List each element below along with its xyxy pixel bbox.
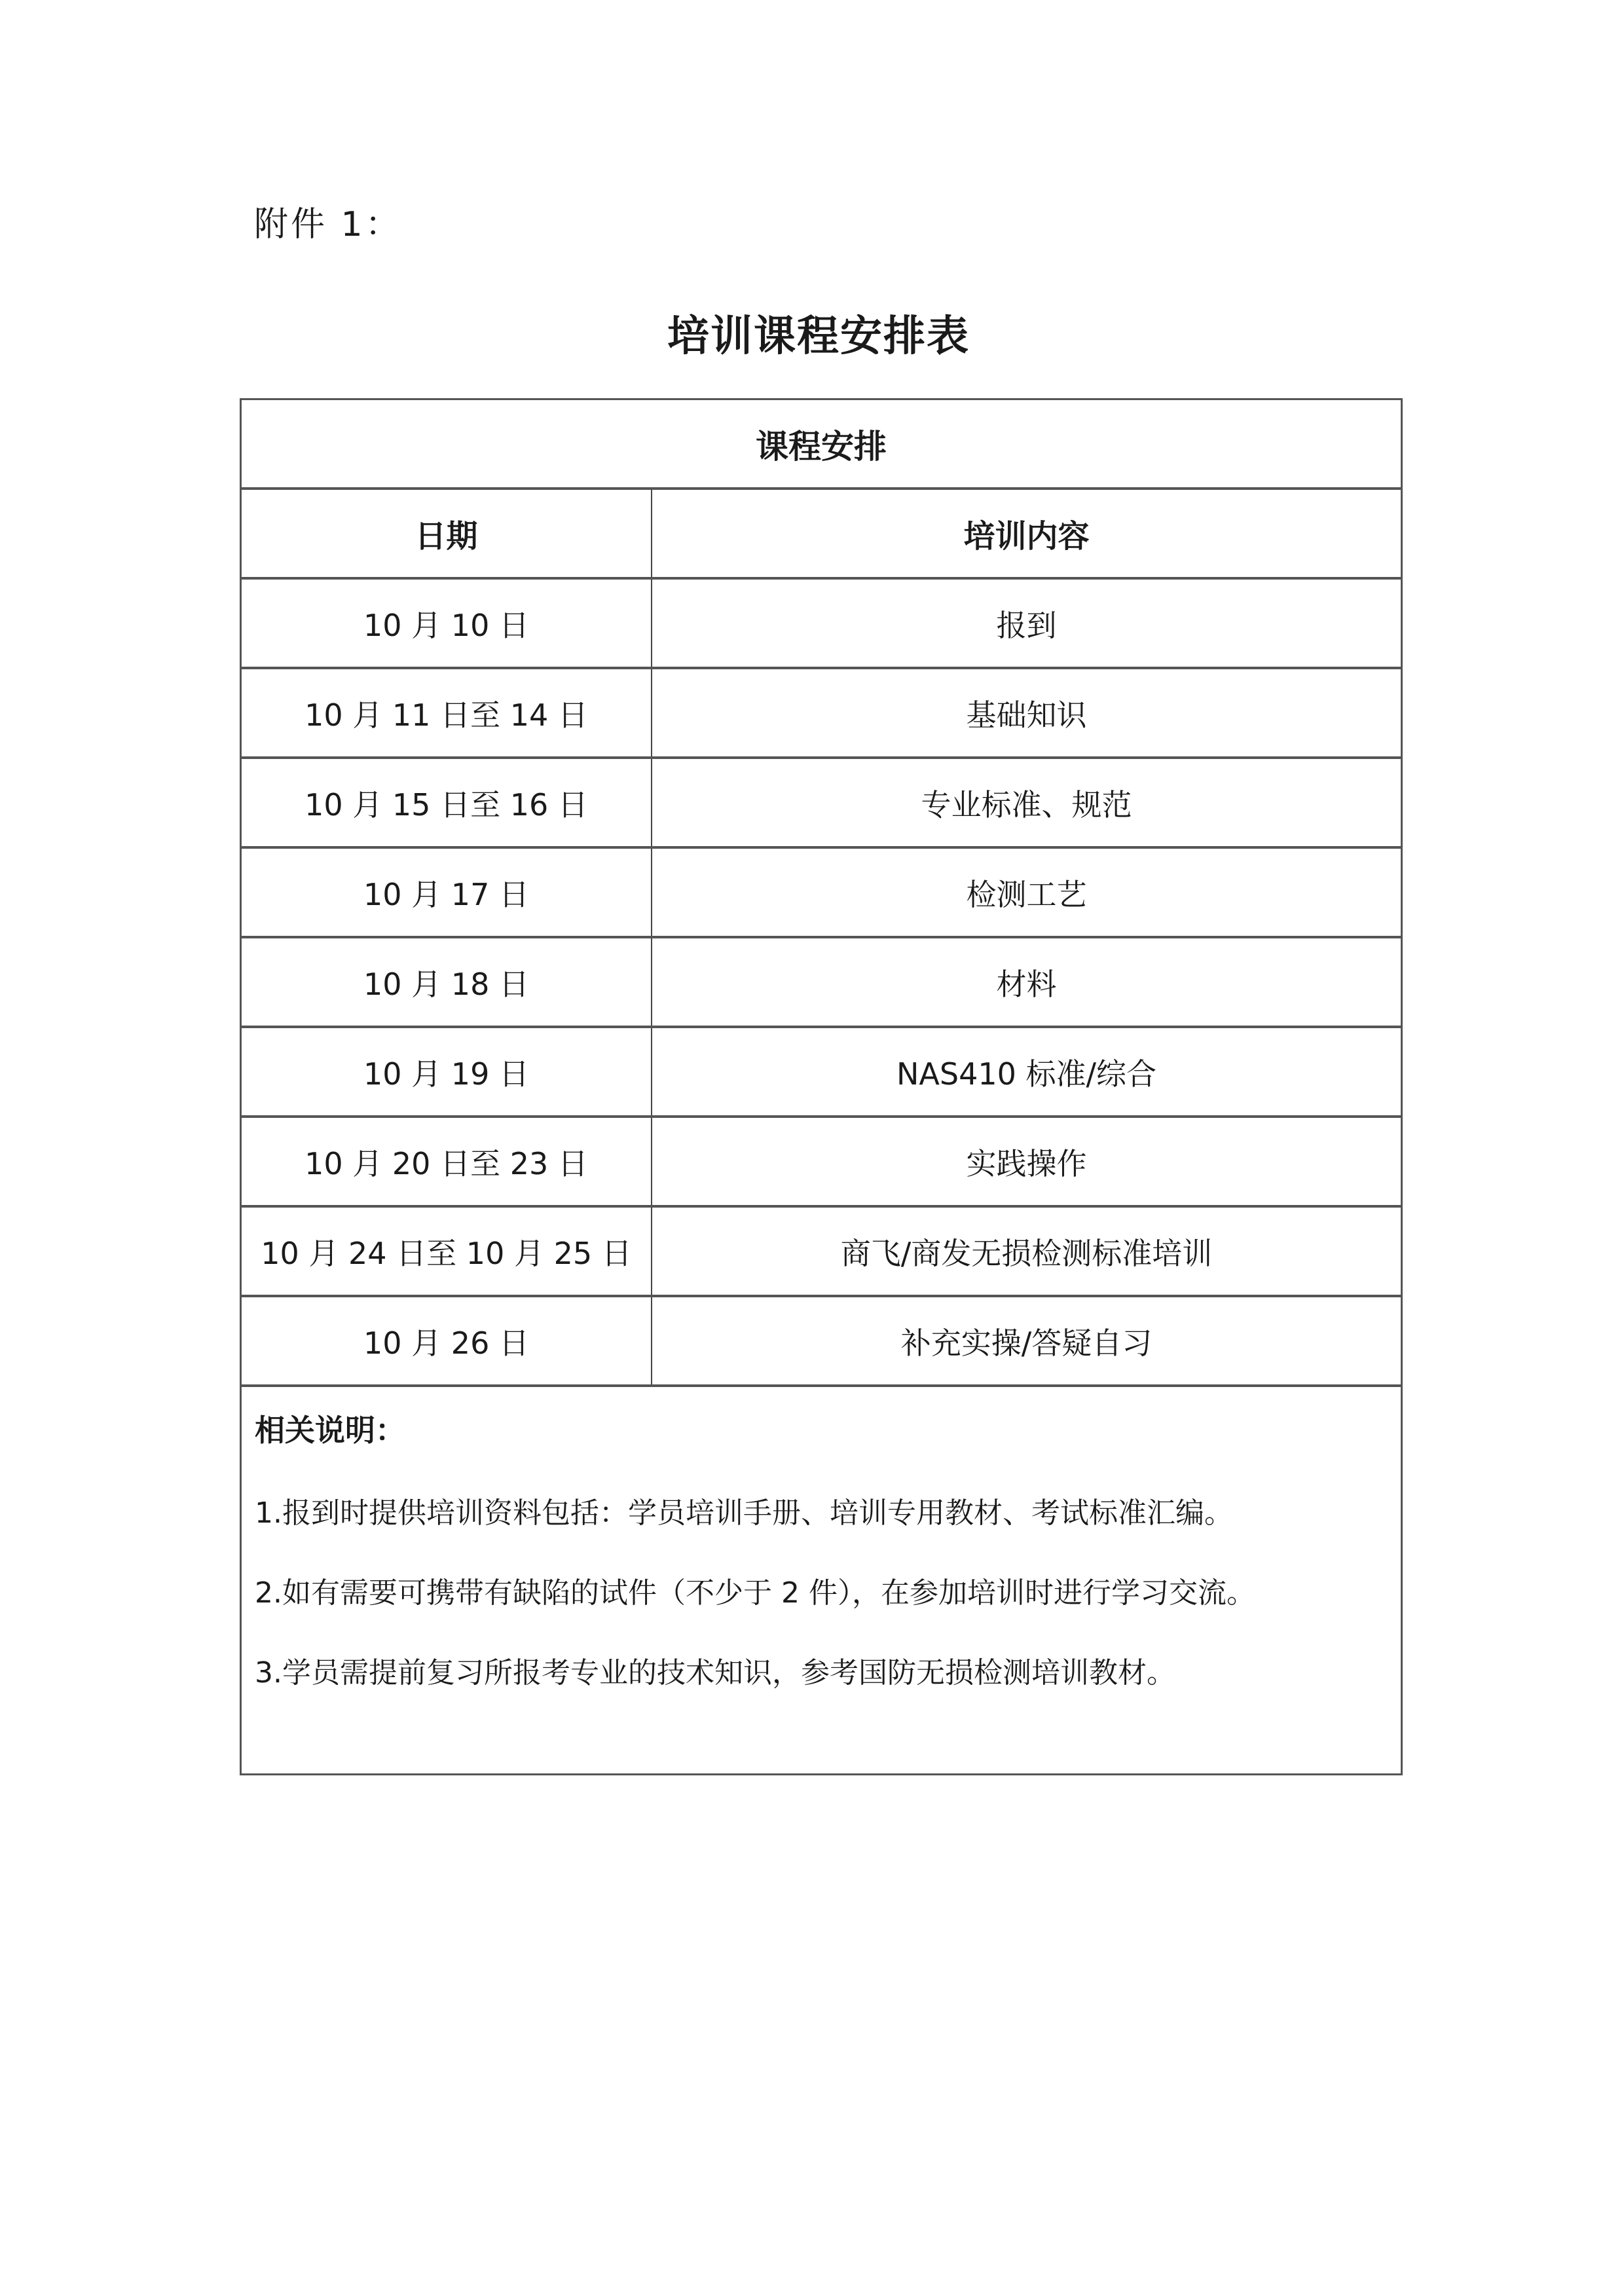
table-row: 10 月 11 日至 14 日 基础知识 (242, 669, 1401, 759)
table-row: 10 月 19 日 NAS410 标准/综合 (242, 1028, 1401, 1118)
row-date: 10 月 18 日 (242, 938, 652, 1026)
notes-heading: 相关说明： (255, 1407, 1388, 1450)
row-content: 材料 (652, 938, 1401, 1026)
attachment-label: 附件 1： (254, 196, 402, 246)
row-date: 10 月 20 日至 23 日 (242, 1118, 652, 1205)
row-content: NAS410 标准/综合 (652, 1028, 1401, 1115)
row-date: 10 月 17 日 (242, 849, 652, 936)
row-content: 专业标准、规范 (652, 759, 1401, 846)
row-content: 商飞/商发无损检测标准培训 (652, 1208, 1401, 1295)
table-header-row: 日期 培训内容 (242, 490, 1401, 580)
row-date: 10 月 19 日 (242, 1028, 652, 1115)
row-content: 实践操作 (652, 1118, 1401, 1205)
note-item: 2.如有需要可携带有缺陷的试件（不少于 2 件），在参加培训时进行学习交流。 (255, 1569, 1388, 1611)
table-row: 10 月 10 日 报到 (242, 580, 1401, 669)
table-row: 10 月 20 日至 23 日 实践操作 (242, 1118, 1401, 1208)
document-title: 培训课程安排表 (0, 303, 1624, 363)
table-caption: 课程安排 (242, 400, 1401, 490)
row-date: 10 月 24 日至 10 月 25 日 (242, 1208, 652, 1295)
row-content: 基础知识 (652, 669, 1401, 756)
note-item: 3.学员需提前复习所报考专业的技术知识，参考国防无损检测培训教材。 (255, 1649, 1388, 1691)
header-date: 日期 (242, 490, 652, 577)
table-row: 10 月 17 日 检测工艺 (242, 849, 1401, 938)
row-date: 10 月 15 日至 16 日 (242, 759, 652, 846)
header-content: 培训内容 (652, 490, 1401, 577)
table-row: 10 月 18 日 材料 (242, 938, 1401, 1028)
table-row: 10 月 15 日至 16 日 专业标准、规范 (242, 759, 1401, 849)
note-item: 1.报到时提供培训资料包括：学员培训手册、培训专用教材、考试标准汇编。 (255, 1489, 1388, 1531)
notes-section: 相关说明： 1.报到时提供培训资料包括：学员培训手册、培训专用教材、考试标准汇编… (242, 1387, 1401, 1773)
row-content: 补充实操/答疑自习 (652, 1297, 1401, 1384)
row-date: 10 月 26 日 (242, 1297, 652, 1384)
schedule-table: 课程安排 日期 培训内容 10 月 10 日 报到 10 月 11 日至 14 … (240, 398, 1403, 1775)
row-date: 10 月 10 日 (242, 580, 652, 667)
row-content: 检测工艺 (652, 849, 1401, 936)
table-row: 10 月 24 日至 10 月 25 日 商飞/商发无损检测标准培训 (242, 1208, 1401, 1297)
row-content: 报到 (652, 580, 1401, 667)
row-date: 10 月 11 日至 14 日 (242, 669, 652, 756)
table-row: 10 月 26 日 补充实操/答疑自习 (242, 1297, 1401, 1387)
